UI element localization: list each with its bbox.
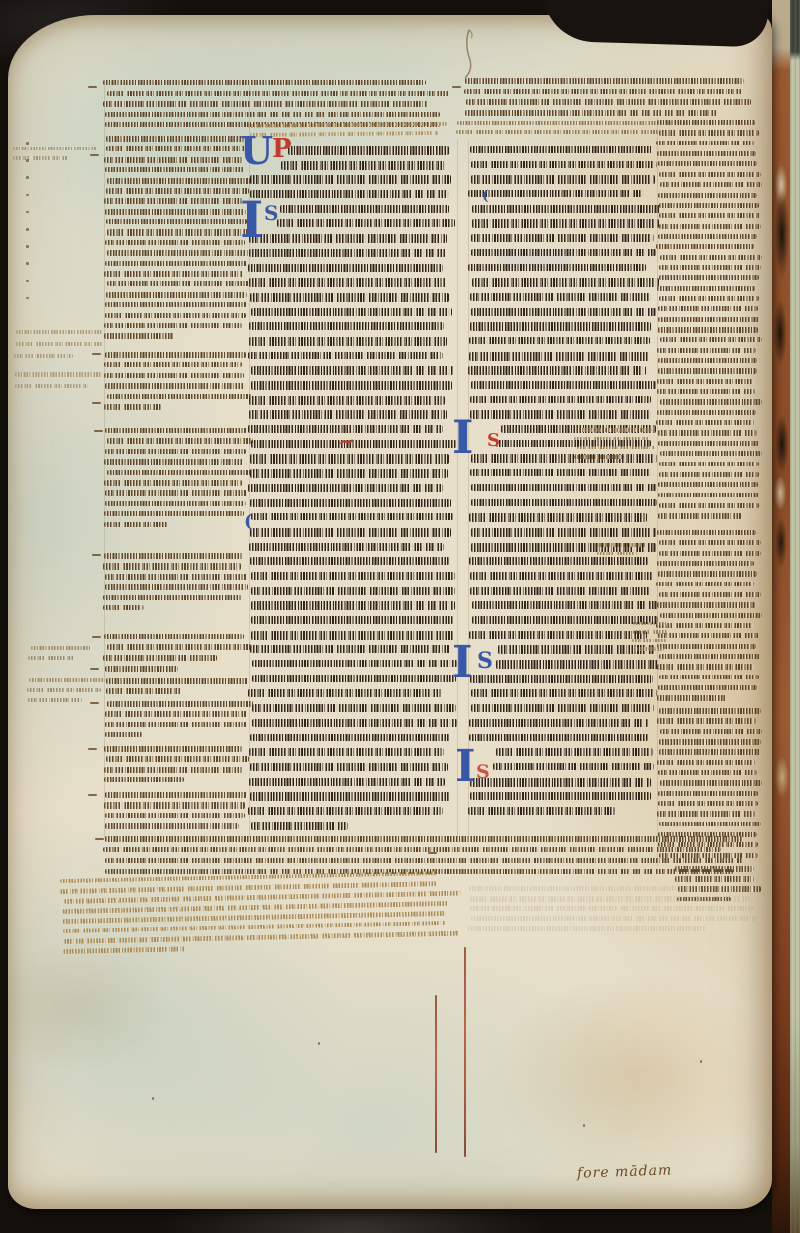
script-line [659, 265, 761, 270]
bottom-addition-cursive [62, 871, 462, 959]
script-line [277, 219, 454, 227]
script-line [248, 689, 442, 697]
left-gloss-d [105, 553, 251, 615]
script-line [103, 605, 143, 610]
script-line [104, 373, 244, 379]
script-line [659, 592, 761, 597]
script-line [470, 469, 652, 476]
script-line [251, 601, 454, 609]
script-line [468, 264, 646, 272]
script-line [657, 410, 756, 416]
script-line [656, 141, 754, 146]
paraph-blue-1: ( [244, 515, 253, 529]
script-line [105, 352, 246, 358]
right-main-column [470, 146, 658, 822]
script-line [104, 746, 243, 752]
pricking-hole [26, 262, 29, 265]
pricking-hole [26, 228, 29, 231]
script-line [104, 511, 244, 516]
script-line [249, 410, 447, 418]
script-line [105, 167, 245, 172]
initial-U-blue: U [240, 137, 273, 166]
left-gloss-e2 [105, 666, 251, 676]
script-line [465, 110, 717, 116]
script-line [659, 822, 761, 827]
initial-I-blue-3: I [452, 646, 473, 679]
script-line [249, 337, 447, 346]
script-line [250, 293, 449, 302]
script-line [658, 513, 742, 519]
script-line [105, 823, 239, 829]
script-line [658, 430, 758, 435]
script-line [249, 543, 444, 551]
left-gloss-e3 [105, 678, 251, 699]
left-gloss-f2 [105, 746, 251, 788]
script-line [469, 513, 648, 522]
script-line [470, 146, 652, 153]
script-line [465, 78, 744, 84]
ink-speck [152, 1097, 154, 1100]
script-line [105, 574, 247, 580]
script-line [251, 572, 455, 580]
script-line [105, 722, 247, 727]
script-line [470, 896, 752, 902]
left-gloss-f [105, 701, 251, 743]
script-line [660, 613, 763, 618]
script-line [471, 308, 656, 316]
script-line [574, 455, 625, 459]
script-line [471, 689, 657, 696]
red-ruling-line [464, 947, 466, 1157]
script-line [471, 161, 657, 168]
script-line [105, 813, 246, 819]
script-line [107, 91, 449, 96]
paragraph-dash [90, 702, 99, 704]
script-line [576, 428, 653, 432]
script-line [249, 234, 447, 243]
script-line [104, 777, 185, 782]
script-line [657, 760, 755, 765]
script-line [248, 352, 442, 360]
catchword-inscription: fore mādam [577, 1162, 673, 1181]
script-line [659, 203, 760, 208]
script-line [104, 522, 168, 527]
script-line [659, 540, 761, 545]
script-line [658, 770, 758, 775]
paragraph-dash [88, 86, 97, 88]
script-line [105, 858, 743, 863]
pricking-hole [26, 280, 29, 283]
script-line [105, 792, 247, 798]
script-line [470, 587, 651, 596]
script-line [107, 438, 253, 444]
script-line [105, 383, 246, 389]
script-line [658, 571, 758, 577]
top-gloss-right [466, 78, 760, 120]
script-line [659, 224, 761, 229]
script-line [657, 379, 755, 385]
left-margin-note-3 [15, 372, 105, 396]
paragraph-dash [94, 430, 103, 432]
script-line [104, 157, 243, 163]
script-line [496, 748, 653, 756]
script-line [658, 368, 758, 373]
script-line [252, 660, 457, 667]
script-line [103, 563, 241, 569]
paragraph-dash [428, 852, 437, 854]
script-line [498, 645, 653, 653]
script-line [657, 530, 756, 535]
pricking-hole [26, 297, 29, 300]
script-line [657, 561, 755, 566]
script-line [656, 623, 753, 628]
script-line [13, 156, 68, 160]
script-line [105, 313, 246, 319]
script-line [470, 410, 651, 418]
script-line [657, 286, 755, 291]
script-line [657, 151, 756, 156]
script-line [104, 333, 173, 338]
paragraph-dash [88, 794, 97, 796]
script-line [105, 836, 742, 842]
script-line [470, 293, 652, 301]
script-line [251, 822, 348, 830]
script-line [660, 399, 763, 404]
paragraph-dash [90, 154, 99, 156]
script-line [660, 337, 762, 342]
script-line [250, 792, 450, 801]
script-line [659, 551, 761, 557]
paragraph-dash [95, 838, 104, 840]
right-gloss-b [658, 530, 761, 706]
column-ruling-line [657, 118, 658, 866]
paraph-red-1: ~ [337, 433, 356, 450]
intercolumn-note-3 [633, 622, 669, 656]
script-line [656, 582, 753, 586]
script-line [657, 695, 726, 701]
script-line [249, 778, 445, 787]
script-line [470, 778, 651, 787]
script-line [468, 190, 645, 197]
script-line [250, 175, 451, 184]
pen-trial-mark [460, 28, 482, 80]
ink-speck [318, 1042, 320, 1045]
flourish-P-red: P [272, 140, 292, 160]
script-line [471, 175, 655, 183]
left-margin-note-4 [30, 646, 92, 666]
script-line [104, 634, 244, 639]
script-line [107, 250, 252, 256]
pricking-hole [26, 159, 29, 162]
initial-S-blue-1: S [264, 206, 278, 221]
script-line [470, 675, 653, 684]
script-line [469, 719, 648, 727]
script-line [107, 701, 253, 707]
left-margin-note-1 [12, 147, 98, 165]
script-line [657, 120, 755, 125]
script-line [468, 366, 645, 375]
script-line [577, 446, 655, 450]
script-line [105, 112, 440, 118]
script-line [633, 622, 668, 625]
script-line [249, 278, 446, 287]
script-line [657, 644, 756, 649]
script-line [250, 499, 451, 507]
script-line [105, 261, 246, 267]
script-line [660, 780, 763, 786]
script-line [103, 595, 241, 601]
script-line [104, 271, 243, 277]
script-line [659, 296, 760, 302]
script-line [658, 234, 757, 240]
left-gloss-a [105, 136, 250, 344]
script-line [251, 366, 453, 375]
script-line [471, 249, 656, 256]
column-ruling-line [457, 140, 458, 838]
paraph-blue-2: ( [482, 191, 489, 202]
script-line [659, 739, 761, 745]
script-line [251, 587, 455, 595]
script-line [103, 80, 426, 85]
script-line [281, 161, 445, 170]
script-line [249, 249, 446, 257]
script-line [104, 480, 243, 486]
script-line [469, 886, 744, 891]
script-line [288, 146, 450, 155]
script-line [251, 513, 453, 520]
pricking-hole [26, 245, 29, 248]
initial-I-blue-4: I [455, 750, 476, 783]
manuscript-photo: fore mādam UPIS~((ISISIS [0, 0, 800, 1233]
script-line [104, 553, 243, 559]
script-line [574, 437, 649, 441]
script-line [248, 807, 443, 815]
script-line [250, 557, 449, 565]
script-line [27, 688, 101, 692]
script-line [104, 404, 160, 410]
initial-I-blue-1: I [240, 201, 263, 239]
script-line [633, 630, 668, 633]
script-line [107, 281, 252, 286]
script-line [657, 718, 756, 724]
script-line [470, 396, 651, 403]
script-line [105, 302, 246, 307]
verso-showthrough [470, 886, 760, 936]
script-line [658, 441, 759, 446]
script-line [105, 490, 247, 495]
script-line [15, 384, 88, 388]
script-line [466, 99, 751, 105]
script-line [103, 101, 428, 107]
script-line [471, 916, 756, 921]
script-line [250, 469, 449, 478]
script-line [468, 926, 705, 931]
left-main-column [250, 146, 456, 836]
script-line [252, 719, 457, 727]
script-line [251, 616, 453, 624]
script-line [105, 666, 178, 672]
script-line [469, 631, 647, 640]
script-line [251, 308, 452, 316]
script-line [64, 946, 186, 954]
script-line [471, 381, 656, 389]
script-line [107, 470, 252, 475]
script-line [106, 146, 249, 151]
script-line [14, 354, 73, 358]
initial-S-red-2: S [487, 434, 500, 448]
script-line [28, 698, 83, 702]
script-line [464, 89, 741, 95]
script-line [658, 193, 758, 199]
script-line [658, 358, 757, 363]
script-line [104, 198, 242, 204]
red-ruling-line [435, 995, 437, 1153]
script-line [29, 678, 106, 682]
script-line [105, 209, 246, 215]
script-line [249, 396, 445, 405]
script-line [15, 372, 102, 377]
paragraph-dash [90, 668, 99, 670]
pricking-hole [26, 211, 29, 214]
script-line [106, 678, 249, 684]
script-line [468, 807, 614, 815]
script-line [469, 352, 649, 361]
initial-I-blue-2: I [452, 420, 474, 455]
script-line [660, 729, 763, 734]
script-line [106, 188, 249, 194]
script-line [656, 244, 753, 249]
script-line [103, 847, 721, 852]
script-line [105, 584, 248, 590]
script-line [659, 462, 760, 467]
script-line [469, 734, 648, 742]
script-line [659, 675, 760, 680]
script-line [632, 639, 666, 642]
script-line [106, 292, 248, 298]
script-line [105, 428, 247, 433]
column-ruling-line [104, 80, 105, 838]
ink-speck [700, 1060, 702, 1063]
script-line [659, 130, 760, 136]
script-line [658, 482, 758, 487]
script-line [471, 704, 655, 712]
script-line [657, 811, 755, 816]
script-line [493, 763, 655, 770]
script-line [470, 906, 753, 911]
script-line [104, 323, 242, 328]
script-line [658, 633, 758, 638]
script-line [659, 275, 760, 280]
script-line [249, 322, 444, 330]
script-line [471, 528, 656, 537]
script-line [657, 389, 755, 394]
script-line [658, 685, 757, 690]
script-line [106, 136, 249, 142]
script-line [250, 528, 451, 537]
script-line [660, 255, 762, 260]
script-line [105, 732, 142, 737]
script-line [657, 602, 755, 607]
script-line [250, 734, 450, 741]
script-line [658, 493, 759, 498]
column-ruling-line [468, 140, 469, 838]
script-line [597, 543, 646, 547]
script-line [16, 330, 102, 334]
script-line [658, 327, 758, 333]
script-line [658, 306, 758, 311]
script-line [252, 675, 457, 682]
pricking-hole [26, 194, 29, 197]
script-line [107, 394, 252, 400]
script-line [470, 792, 652, 800]
script-line [496, 660, 660, 669]
script-line [248, 122, 447, 128]
script-line [471, 234, 655, 242]
paragraph-dash [92, 554, 101, 556]
script-line [252, 704, 457, 712]
script-line [658, 161, 757, 166]
script-line [104, 362, 242, 367]
ink-layer: fore mādam UPIS~((ISISIS [0, 0, 800, 1233]
script-line [250, 763, 448, 771]
script-line [660, 182, 762, 187]
script-line [104, 767, 243, 773]
script-line [249, 748, 444, 756]
script-line [103, 655, 217, 661]
script-line [659, 472, 760, 477]
left-gloss-e [105, 634, 251, 665]
script-line [28, 656, 73, 660]
script-line [251, 631, 454, 640]
script-line [658, 801, 758, 806]
script-line [659, 654, 760, 658]
script-line [31, 646, 92, 650]
left-gloss-b [105, 352, 251, 414]
script-line [659, 213, 760, 218]
pricking-hole [26, 176, 29, 179]
paragraph-dash [92, 402, 101, 404]
script-line [471, 484, 657, 491]
script-line [659, 503, 760, 508]
script-line [597, 552, 637, 556]
script-line [472, 278, 659, 287]
script-line [106, 219, 248, 224]
script-line [105, 240, 245, 246]
intercolumn-note-2 [598, 543, 650, 561]
script-line [250, 645, 450, 652]
script-line [105, 449, 246, 455]
script-line [634, 647, 664, 650]
script-line [659, 749, 760, 754]
script-line [250, 190, 450, 198]
script-line [659, 172, 761, 177]
script-line [658, 791, 758, 797]
script-line [16, 342, 103, 347]
script-line [280, 205, 450, 213]
paragraph-dash [92, 353, 101, 355]
initial-S-red-4: S [476, 765, 490, 779]
script-line [657, 348, 756, 353]
script-line [658, 317, 759, 322]
script-line [64, 931, 457, 944]
right-gloss-a [658, 120, 761, 524]
script-line [656, 420, 753, 425]
paragraph-dash [452, 86, 461, 88]
script-line [250, 454, 449, 463]
script-line [472, 616, 659, 624]
script-line [248, 484, 443, 492]
script-line [248, 264, 443, 273]
